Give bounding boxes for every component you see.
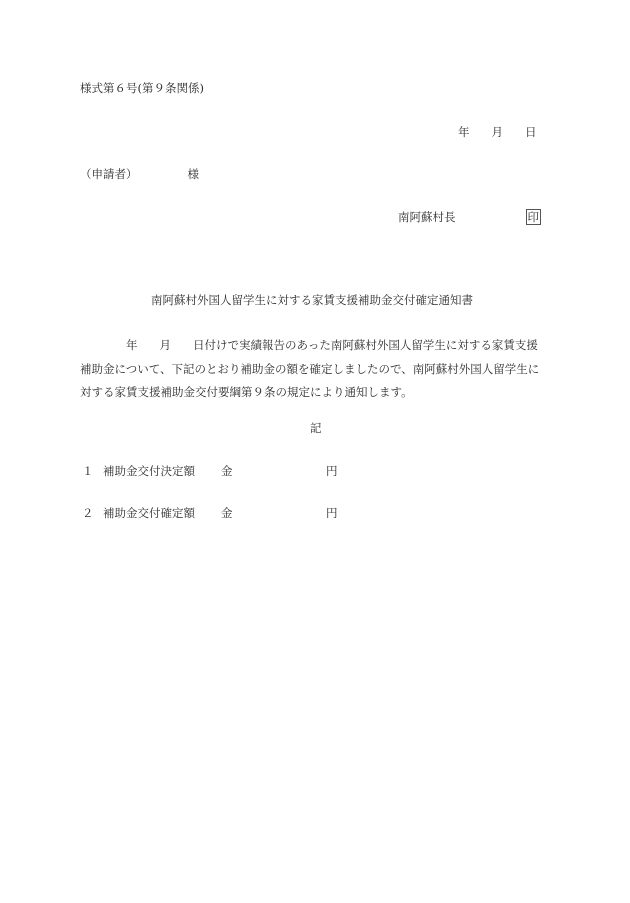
document-title: 南阿蘇村外国人留学生に対する家賃支援補助金交付確定通知書 xyxy=(151,293,473,307)
item-prefix: 金 xyxy=(221,464,326,478)
applicant-label: （申請者） xyxy=(80,167,138,181)
item-unit: 円 xyxy=(326,506,338,520)
item-number: １ xyxy=(82,464,103,478)
issuer-name: 南阿蘇村長 xyxy=(398,210,456,224)
day-label: 日 xyxy=(525,125,537,139)
item-prefix: 金 xyxy=(221,506,326,520)
year-label: 年 xyxy=(458,125,470,139)
form-number: 様式第６号(第９条関係) xyxy=(80,81,204,95)
body-line-1: 年月日付けで実績報告のあった南阿蘇村外国人留学生に対する家賃支援 xyxy=(80,334,555,358)
honorific: 様 xyxy=(188,167,200,181)
body-month: 月 xyxy=(160,338,172,352)
body-line-2: 補助金について、下記のとおり補助金の額を確定しましたので、南阿蘇村外国人留学生に xyxy=(80,358,555,382)
addressee: （申請者）様 xyxy=(80,167,199,181)
item-confirmed-amount: ２補助金交付確定額金円 xyxy=(82,506,338,520)
issuer: 南阿蘇村長印 xyxy=(398,209,541,225)
item-unit: 円 xyxy=(326,464,338,478)
item-label: 補助金交付確定額 xyxy=(103,506,221,520)
ki-heading: 記 xyxy=(310,421,322,435)
seal-mark: 印 xyxy=(526,209,542,225)
body-year: 年 xyxy=(126,338,138,352)
item-label: 補助金交付決定額 xyxy=(103,464,221,478)
item-number: ２ xyxy=(82,506,103,520)
date-line: 年月日 xyxy=(458,125,537,139)
item-decision-amount: １補助金交付決定額金円 xyxy=(82,464,338,478)
body-line-1-text: 日付けで実績報告のあった南阿蘇村外国人留学生に対する家賃支援 xyxy=(193,338,538,352)
body-paragraph: 年月日付けで実績報告のあった南阿蘇村外国人留学生に対する家賃支援 補助金について… xyxy=(80,334,555,405)
month-label: 月 xyxy=(492,125,504,139)
body-line-3: 対する家賃支援補助金交付要綱第９条の規定により通知します。 xyxy=(80,381,555,405)
